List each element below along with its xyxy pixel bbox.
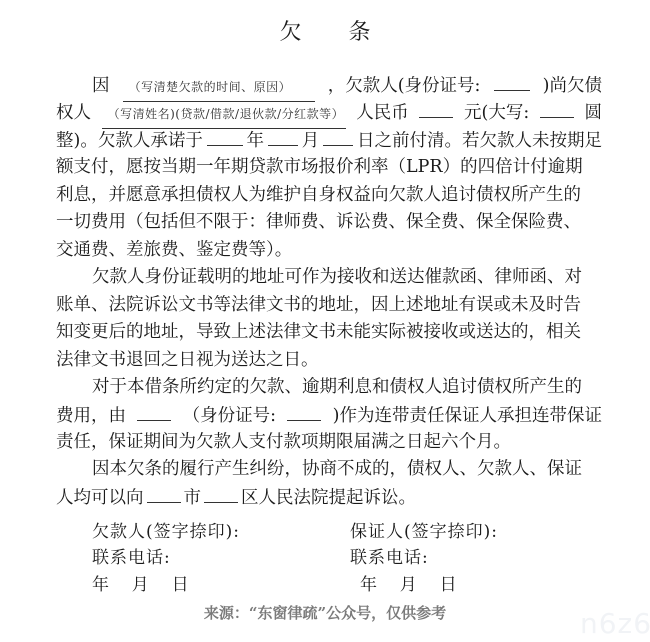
text: 区人民法院提起诉讼。 — [241, 485, 416, 512]
debtor-id-field[interactable] — [494, 72, 530, 91]
para1-line7: 交通费、差旅费、鉴定费等）。 — [56, 237, 602, 264]
para2-line3: 知变更后的地址，导致上述法律文书未能实际被接收或送达的，相关 — [56, 319, 602, 346]
month-field[interactable] — [268, 127, 298, 146]
document-title: 欠 条 — [0, 15, 650, 46]
text: 整)。欠款人承诺于 — [56, 128, 203, 155]
para1-line3: 整)。欠款人承诺于 年 月 日之前付清。若欠款人未按期足 — [56, 127, 602, 154]
guarantor-phone-label[interactable]: 联系电话: — [350, 545, 429, 572]
para1-line4: 额支付，愿按当期一年期贷款市场报价利率（LPR）的四倍计付逾期 — [56, 154, 602, 181]
para4-line2: 人均可以向 市 区人民法院提起诉讼。 — [56, 484, 602, 511]
day-field[interactable] — [323, 127, 353, 146]
watermark: n6z6 — [580, 607, 650, 640]
text: 费用，由 — [56, 403, 126, 430]
text: 元(大写: — [464, 100, 529, 127]
text: （身份证号: — [183, 403, 276, 430]
text: 月 — [302, 128, 320, 155]
year-field[interactable] — [207, 127, 243, 146]
para2-line1: 欠款人身份证载明的地址可作为接收和送达催款函、律师函、对 — [92, 264, 602, 291]
district-field[interactable] — [204, 484, 238, 503]
para1-line6: 一切费用（包括但不限于：律师费、诉讼费、保全费、保全保险费、 — [56, 209, 602, 236]
reason-field[interactable]: （写清楚欠款的时间、原因） — [123, 74, 315, 102]
text: 人民币 — [356, 100, 409, 127]
guarantor-date[interactable]: 年 月 日 — [360, 572, 461, 599]
debtor-signature-label[interactable]: 欠款人(签字捺印): — [92, 519, 240, 546]
creditor-name-field[interactable]: （写清姓名)(贷款/借款/退伙款/分红款等） — [102, 101, 346, 129]
debtor-date[interactable]: 年 月 日 — [92, 572, 193, 599]
source-footer: 来源：“东窗律疏”公众号，仅供参考 — [0, 602, 650, 623]
text: ，欠款人(身份证号: — [328, 73, 481, 100]
para1-line1: 因 （写清楚欠款的时间、原因） ，欠款人(身份证号: )尚欠债 — [92, 72, 602, 99]
para1-line2: 权人 （写清姓名)(贷款/借款/退伙款/分红款等） 人民币 元(大写: 圆 — [56, 99, 602, 126]
para4-line1: 因本欠条的履行产生纠纷，协商不成的，债权人、欠款人、保证 — [92, 456, 602, 483]
city-field[interactable] — [147, 484, 181, 503]
para2-line2: 账单、法院诉讼文书等法律文书的地址，因上述地址有误或未及时告 — [56, 292, 602, 319]
text: 日之前付清。若欠款人未按期足 — [357, 128, 602, 155]
para3-line2: 费用，由 （身份证号: )作为连带责任保证人承担连带保证 — [56, 402, 602, 429]
text: )作为连带责任保证人承担连带保证 — [333, 403, 602, 430]
para1-line5: 利息，并愿意承担债权人为维护自身权益向欠款人追讨债权所产生的 — [56, 182, 602, 209]
para3-line3: 责任，保证期间为欠款人支付款项期限届满之日起六个月。 — [56, 429, 602, 456]
text: 圆 — [584, 100, 602, 127]
text: 市 — [184, 485, 202, 512]
guarantor-name-field[interactable] — [137, 402, 171, 421]
para3-line1: 对于本借条所约定的欠款、逾期利息和债权人追讨债权所产生的 — [92, 374, 602, 401]
guarantor-id-field[interactable] — [287, 402, 321, 421]
text: 年 — [247, 128, 265, 155]
para2-line4: 法律文书退回之日视为送达之日。 — [56, 347, 602, 374]
debtor-phone-label[interactable]: 联系电话: — [92, 545, 171, 572]
text: )尚欠债 — [543, 73, 602, 100]
guarantor-signature-label[interactable]: 保证人(签字捺印): — [350, 519, 498, 546]
amount-uppercase-field[interactable] — [540, 99, 574, 118]
text: 权人 — [56, 100, 91, 127]
amount-field[interactable] — [419, 99, 453, 118]
text: 人均可以向 — [56, 485, 144, 512]
text: 因 — [92, 73, 110, 100]
